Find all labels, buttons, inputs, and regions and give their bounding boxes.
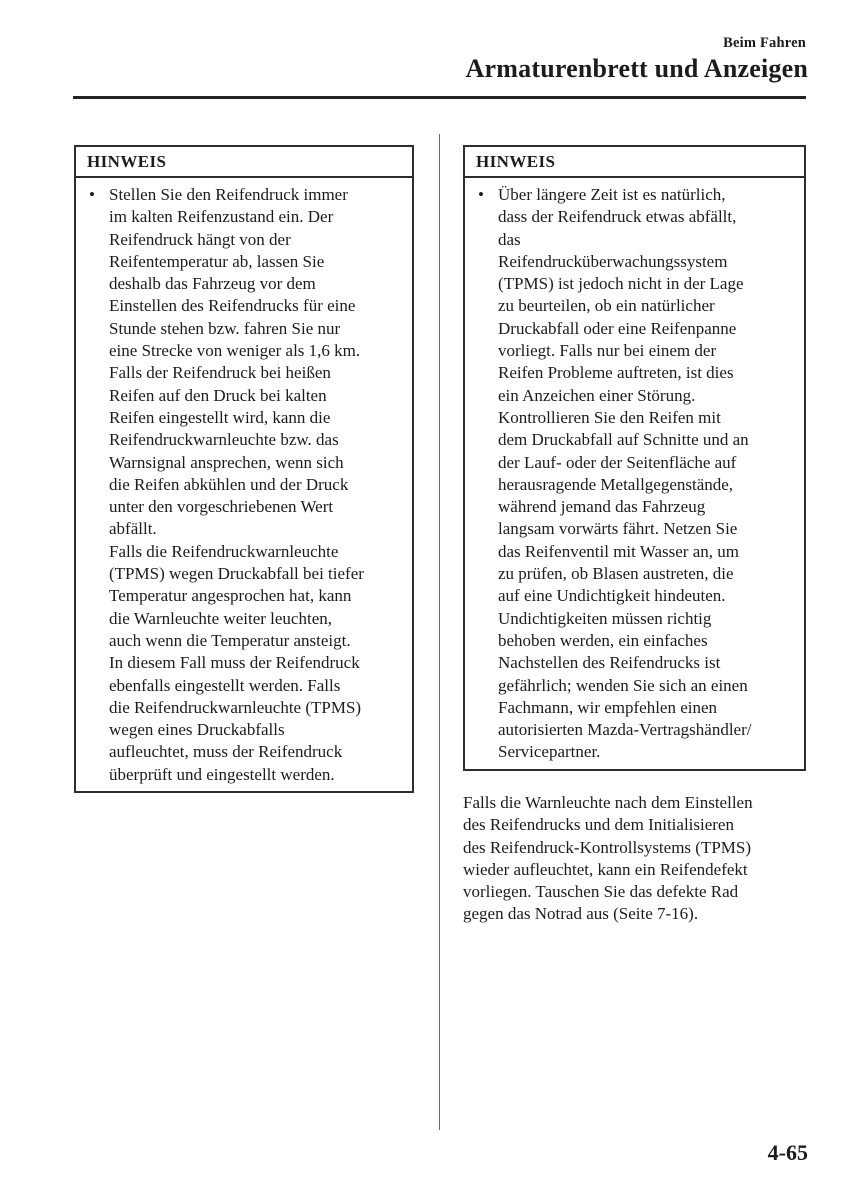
bullet-icon: • [89,184,109,206]
header-rule [73,96,806,99]
note-bullet-text: Über längere Zeit ist es natürlich, dass… [498,184,798,764]
note-body: • Über längere Zeit ist es natürlich, da… [465,178,804,772]
list-item: • Stellen Sie den Reifendruck immer im k… [89,184,406,786]
body-paragraph: Falls die Warnleuchte nach dem Einstelle… [463,792,815,926]
note-bullet-text: Stellen Sie den Reifendruck immer im kal… [109,184,406,786]
page-title: Armaturenbrett und Anzeigen [466,54,808,84]
section-eyebrow: Beim Fahren [723,35,806,52]
note-title: HINWEIS [465,147,804,178]
manual-page: Beim Fahren Armaturenbrett und Anzeigen … [0,0,845,1200]
list-item: • Über längere Zeit ist es natürlich, da… [478,184,798,764]
note-box-left: HINWEIS • Stellen Sie den Reifendruck im… [74,145,414,793]
note-title: HINWEIS [76,147,412,178]
note-box-right: HINWEIS • Über längere Zeit ist es natür… [463,145,806,771]
note-body: • Stellen Sie den Reifendruck immer im k… [76,178,412,794]
column-divider [439,134,440,1130]
bullet-icon: • [478,184,498,206]
page-number: 4-65 [768,1140,808,1166]
